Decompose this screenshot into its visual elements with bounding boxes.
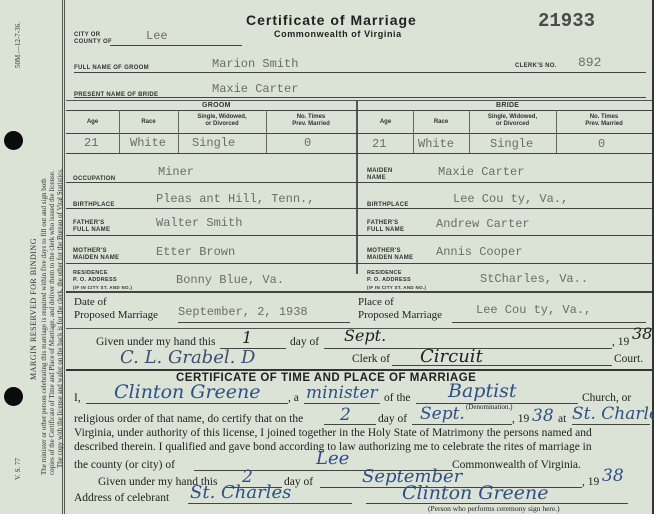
ceremony-i-text: I, [74,392,81,404]
bride-birthplace[interactable]: Lee Cou ty, Va., [453,192,568,206]
print-code: 50M.—12-7-36. [14,22,22,68]
punch-hole-icon [4,387,23,406]
margin-instructions-2: copies of the Certificate of Time and Pl… [48,170,56,475]
ceremony-at-text: at [558,413,566,425]
city-county-label-1: City or [74,32,100,39]
groom-race[interactable]: White [130,136,166,150]
license-day-value[interactable]: 1 [242,328,252,347]
license-day-of-text: day of [290,336,319,348]
groom-col-times-2: Prev. Married [266,121,356,128]
city-county-value[interactable]: Lee [146,29,168,43]
ceremony-line3-text: Virginia, under authority of this licens… [74,427,592,439]
ceremony-day-value[interactable]: 2 [340,405,351,425]
bride-father[interactable]: Andrew Carter [436,217,530,231]
proposed-place-label-1: Place of [358,296,394,308]
ceremony-of-the-text: of the [384,392,411,404]
celebrant-signature[interactable]: Clinton Greene [402,482,549,504]
groom-col-age: Age [66,119,119,126]
celebrant-name[interactable]: Clinton Greene [114,381,261,403]
groom-col-times-1: No. Times [266,114,356,121]
groom-mother-label-2: Maiden Name [73,255,119,262]
bride-times-married[interactable]: 0 [598,137,605,151]
groom-birthplace-label: Birthplace [73,202,115,209]
groom-mother[interactable]: Etter Brown [156,245,235,259]
groom-heading: Groom [202,102,231,109]
groom-father-label-2: Full Name [73,227,110,234]
celebrant-address[interactable]: St. Charles [190,482,291,503]
proposed-date-label-1: Date of [74,296,107,308]
signature-label: (Person who performs ceremony sign here.… [428,504,560,513]
groom-birthplace[interactable]: Pleas ant Hill, Tenn., [156,192,314,206]
groom-father-label-1: Father's [73,220,104,227]
groom-col-status-1: Single, Widowed, [178,114,266,121]
ceremony-a-text: , a [288,392,299,404]
document-subtitle: Commonwealth of Virginia [274,29,402,39]
bride-col-race: Race [413,119,469,126]
license-month-value[interactable]: Sept. [344,326,386,345]
ceremony-year-value[interactable]: 38 [532,406,554,426]
denomination-value[interactable]: Baptist [448,380,517,402]
bride-col-times-1: No. Times [556,114,652,121]
ceremony-month-value[interactable]: Sept. [420,404,465,424]
county-text: the county (or city) of [74,459,175,471]
bride-maiden-label-2: Name [367,175,386,182]
license-year-prefix: , 19 [612,336,629,348]
proposed-place-value[interactable]: Lee Cou ty, Va., [476,303,591,317]
clerk-signature[interactable]: C. L. Grabel. D [120,347,256,368]
city-county-label-2: County of [74,39,112,46]
groom-name-value[interactable]: Marion Smith [212,57,298,71]
bride-mother-label-2: Maiden Name [367,255,413,262]
ceremony-year-prefix: , 19 [512,413,529,425]
margin-rule [64,0,65,514]
marriage-certificate: 50M.—12-7-36. V. S. 77 MARGIN RESERVED F… [0,0,654,514]
bride-residence-label-3: (If in city st. and no.) [367,284,426,291]
proposed-date-value[interactable]: September, 2, 1938 [178,305,308,319]
bride-col-times-2: Prev. Married [556,121,652,128]
clerk-no-value[interactable]: 892 [578,55,601,70]
court-text: Court. [614,353,643,365]
certificate-form: Certificate of Marriage Commonwealth of … [66,0,654,514]
bride-race[interactable]: White [418,137,454,151]
celebrant-title[interactable]: minister [306,383,378,403]
license-year-value[interactable]: 38 [632,324,652,343]
bride-birthplace-label: Birthplace [367,202,409,209]
groom-age[interactable]: 21 [84,136,98,150]
groom-residence[interactable]: Bonny Blue, Va. [176,273,284,287]
groom-occupation[interactable]: Miner [158,165,194,179]
margin-instructions-1: The minister or other person celebrating… [40,178,48,475]
groom-residence-label-3: (If in city st. and no.) [73,284,132,291]
bride-heading: Bride [496,102,519,109]
proposed-place-label-2: Proposed Marriage [358,309,442,321]
groom-status[interactable]: Single [192,136,235,150]
bride-mother-label-1: Mother's [367,248,401,255]
bride-maiden-name[interactable]: Maxie Carter [438,165,524,179]
groom-father[interactable]: Walter Smith [156,216,242,230]
bride-father-label-1: Father's [367,220,398,227]
bride-name-value[interactable]: Maxie Carter [212,82,298,96]
form-code: V. S. 77 [14,458,22,480]
church-or-text: Church, or [582,392,631,404]
denomination-label: (Denomination.) [466,403,512,411]
address-label: Address of celebrant [74,492,169,504]
groom-residence-label-1: Residence [73,270,108,277]
ceremony-given-year[interactable]: 38 [602,466,624,486]
groom-name-label: Full Name of Groom [74,65,149,72]
groom-col-race: Race [119,119,178,126]
county-value[interactable]: Lee [316,448,349,469]
bride-father-label-2: Full Name [367,227,404,234]
bride-mother[interactable]: Annis Cooper [436,245,522,259]
margin-heading: MARGIN RESERVED FOR BINDING [30,238,38,380]
ceremony-day-of-text: day of [378,413,407,425]
clerk-no-label: Clerk's No. [515,63,557,70]
ceremony-place-value[interactable]: St. Charles [572,404,654,424]
document-title: Certificate of Marriage [246,12,417,28]
bride-residence-label-2: P. O. Address [367,277,411,284]
punch-hole-icon [4,131,23,150]
bride-col-status-1: Single, Widowed, [469,114,556,121]
proposed-date-label-2: Proposed Marriage [74,309,158,321]
serial-number: 21933 [538,10,595,32]
groom-mother-label-1: Mother's [73,248,107,255]
bride-residence-label-1: Residence [367,270,402,277]
ceremony-line2-text: religious order of that name, do certify… [74,413,303,425]
clerk-of-text: Clerk of [352,353,390,365]
bride-residence[interactable]: StCharles, Va.. [480,272,588,286]
groom-col-status-2: or Divorced [178,121,266,128]
bride-status[interactable]: Single [490,137,533,151]
binding-margin: 50M.—12-7-36. V. S. 77 MARGIN RESERVED F… [0,0,62,514]
details-table [66,100,652,329]
groom-times-married[interactable]: 0 [304,136,311,150]
bride-col-status-2: or Divorced [469,121,556,128]
groom-occupation-label: Occupation [73,176,115,183]
groom-residence-label-2: P. O. Address [73,277,117,284]
bride-age[interactable]: 21 [372,137,386,151]
margin-rule [62,0,63,514]
ceremony-given-year-prefix: , 19 [582,476,599,488]
court-value[interactable]: Circuit [420,346,483,367]
bride-maiden-label-1: Maiden [367,168,392,175]
bride-col-age: Age [358,119,413,126]
commonwealth-text: Commonwealth of Virginia. [452,459,581,471]
